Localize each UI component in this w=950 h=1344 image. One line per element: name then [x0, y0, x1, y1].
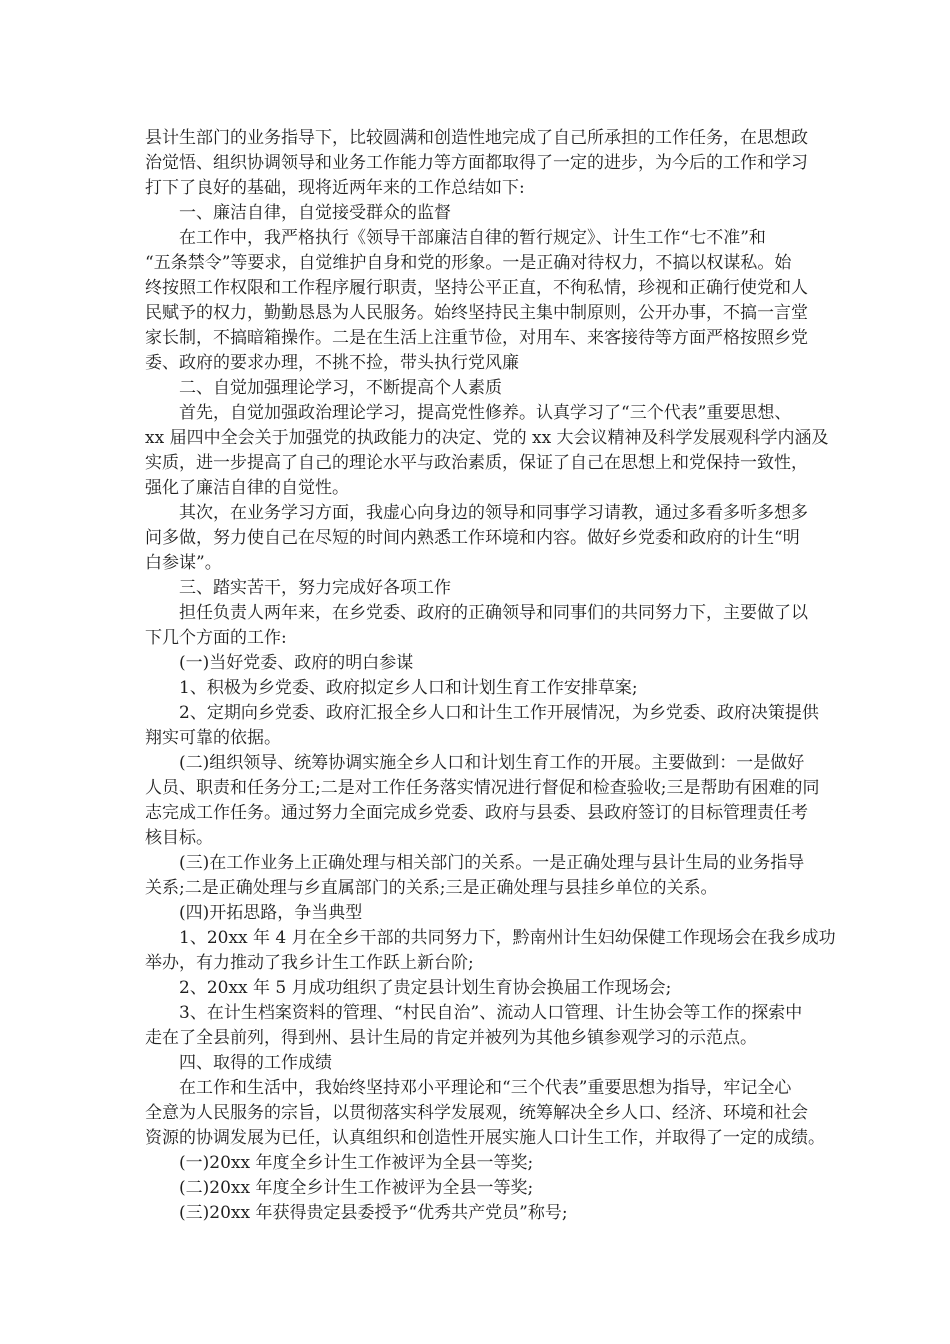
text-line: 走在了全县前列，得到州、县计生局的肯定并被列为其他乡镇参观学习的示范点。: [145, 1026, 835, 1051]
text-line: 问多做，努力使自己在尽短的时间内熟悉工作环境和内容。做好乡党委和政府的计生“明: [145, 526, 835, 551]
text-line: 县计生部门的业务指导下，比较圆满和创造性地完成了自己所承担的工作任务，在思想政: [145, 126, 835, 151]
text-line: 关系;二是正确处理与乡直属部门的关系;三是正确处理与县挂乡单位的关系。: [145, 876, 835, 901]
text-line: 白参谋”。: [145, 551, 835, 576]
text-line: (一)20xx 年度全乡计生工作被评为全县一等奖;: [145, 1151, 835, 1176]
text-line: 委、政府的要求办理，不挑不捡，带头执行党风廉: [145, 351, 835, 376]
text-line: (二)组织领导、统筹协调实施全乡人口和计划生育工作的开展。主要做到：一是做好: [145, 751, 835, 776]
text-line: 举办，有力推动了我乡计生工作跃上新台阶;: [145, 951, 835, 976]
text-line: 二、自觉加强理论学习，不断提高个人素质: [145, 376, 835, 401]
text-line: (三)20xx 年获得贵定县委授予“优秀共产党员”称号;: [145, 1201, 835, 1226]
text-line: 一、廉洁自律，自觉接受群众的监督: [145, 201, 835, 226]
text-line: 家长制，不搞暗箱操作。二是在生活上注重节俭，对用车、来客接待等方面严格按照乡党: [145, 326, 835, 351]
text-line: xx 届四中全会关于加强党的执政能力的决定、党的 xx 大会议精神及科学发展观科…: [145, 426, 835, 451]
text-line: 担任负责人两年来，在乡党委、政府的正确领导和同事们的共同努力下，主要做了以: [145, 601, 835, 626]
text-line: 四、取得的工作成绩: [145, 1051, 835, 1076]
document-page: 县计生部门的业务指导下，比较圆满和创造性地完成了自己所承担的工作任务，在思想政治…: [0, 0, 950, 1344]
text-line: 志完成工作任务。通过努力全面完成乡党委、政府与县委、县政府签订的目标管理责任考: [145, 801, 835, 826]
text-line: 2、20xx 年 5 月成功组织了贵定县计划生育协会换届工作现场会;: [145, 976, 835, 1001]
text-line: 1、积极为乡党委、政府拟定乡人口和计划生育工作安排草案;: [145, 676, 835, 701]
text-line: 全意为人民服务的宗旨，以贯彻落实科学发展观，统筹解决全乡人口、经济、环境和社会: [145, 1101, 835, 1126]
text-line: 翔实可靠的依据。: [145, 726, 835, 751]
text-line: 下几个方面的工作:: [145, 626, 835, 651]
text-line: 三、踏实苦干，努力完成好各项工作: [145, 576, 835, 601]
text-line: 在工作中，我严格执行《领导干部廉洁自律的暂行规定》、计生工作“七不准”和: [145, 226, 835, 251]
text-line: 人员、职责和任务分工;二是对工作任务落实情况进行督促和检查验收;三是帮助有困难的…: [145, 776, 835, 801]
text-line: 民赋予的权力，勤勤恳恳为人民服务。始终坚持民主集中制原则，公开办事，不搞一言堂: [145, 301, 835, 326]
text-line: 终按照工作权限和工作程序履行职责，坚持公平正直，不徇私情，珍视和正确行使党和人: [145, 276, 835, 301]
text-line: 打下了良好的基础，现将近两年来的工作总结如下:: [145, 176, 835, 201]
text-line: 3、在计生档案资料的管理、“村民自治”、流动人口管理、计生协会等工作的探索中: [145, 1001, 835, 1026]
text-line: “五条禁令”等要求，自觉维护自身和党的形象。一是正确对待权力，不搞以权谋私。始: [145, 251, 835, 276]
text-line: 2、定期向乡党委、政府汇报全乡人口和计生工作开展情况，为乡党委、政府决策提供: [145, 701, 835, 726]
document-text-block: 县计生部门的业务指导下，比较圆满和创造性地完成了自己所承担的工作任务，在思想政治…: [145, 126, 835, 1226]
text-line: 1、20xx 年 4 月在全乡干部的共同努力下，黔南州计生妇幼保健工作现场会在我…: [145, 926, 835, 951]
text-line: (二)20xx 年度全乡计生工作被评为全县一等奖;: [145, 1176, 835, 1201]
text-line: (四)开拓思路，争当典型: [145, 901, 835, 926]
text-line: 核目标。: [145, 826, 835, 851]
text-line: 资源的协调发展为已任，认真组织和创造性开展实施人口计生工作，并取得了一定的成绩。: [145, 1126, 835, 1151]
text-line: (三)在工作业务上正确处理与相关部门的关系。一是正确处理与县计生局的业务指导: [145, 851, 835, 876]
text-line: 其次，在业务学习方面，我虚心向身边的领导和同事学习请教，通过多看多听多想多: [145, 501, 835, 526]
text-line: 强化了廉洁自律的自觉性。: [145, 476, 835, 501]
text-line: 首先，自觉加强政治理论学习，提高党性修养。认真学习了“三个代表”重要思想、: [145, 401, 835, 426]
text-line: 治觉悟、组织协调领导和业务工作能力等方面都取得了一定的进步，为今后的工作和学习: [145, 151, 835, 176]
text-line: 实质，进一步提高了自己的理论水平与政治素质，保证了自己在思想上和党保持一致性，: [145, 451, 835, 476]
text-line: 在工作和生活中，我始终坚持邓小平理论和“三个代表”重要思想为指导，牢记全心: [145, 1076, 835, 1101]
text-line: (一)当好党委、政府的明白参谋: [145, 651, 835, 676]
